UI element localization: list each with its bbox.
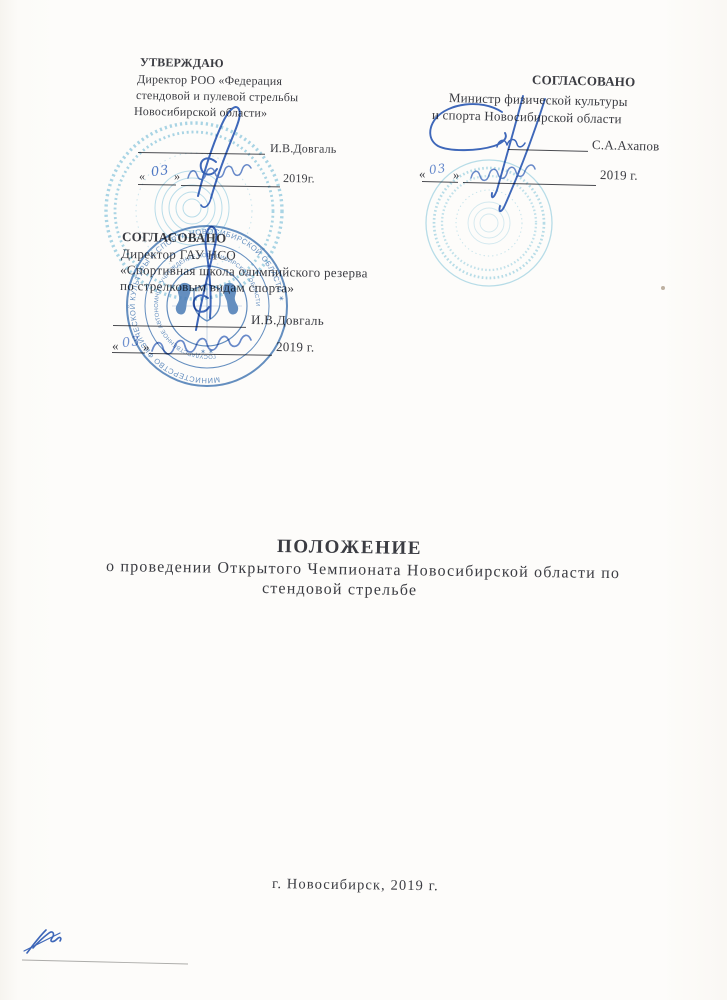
approve-signatory: И.В.Довгаль bbox=[270, 140, 337, 157]
date-line bbox=[138, 184, 176, 186]
signature-line bbox=[113, 325, 246, 328]
school-heading: СОГЛАСОВАНО bbox=[122, 229, 227, 246]
handwritten-day: 03 bbox=[150, 163, 170, 180]
handwritten-day: 03 bbox=[428, 161, 447, 177]
minister-signatory: С.А.Ахапов bbox=[592, 136, 660, 155]
school-year: 2019 г. bbox=[276, 339, 315, 356]
quote-close: » bbox=[453, 166, 460, 183]
signature-ink-approve bbox=[198, 107, 240, 207]
minister-year: 2019 г. bbox=[600, 166, 638, 184]
date-line bbox=[149, 353, 272, 356]
document-subtitle-line: о проведении Открытого Чемпионата Новоси… bbox=[106, 558, 620, 583]
minister-org-line: и спорта Новосибирской области bbox=[432, 106, 622, 127]
document-subtitle-line: стендовой стрельбе bbox=[262, 580, 417, 600]
ministry-stamp bbox=[426, 160, 552, 286]
quote-open: « bbox=[419, 165, 426, 182]
quote-open: « bbox=[139, 168, 145, 184]
approve-org-line: Новосибирской области» bbox=[134, 103, 268, 121]
scanned-document-page: УТВЕРЖДАЮ Директор РОО «Федерация стендо… bbox=[0, 0, 727, 1000]
handwritten-month-approve bbox=[188, 165, 251, 180]
handwritten-month-school bbox=[152, 335, 251, 354]
handwritten-month-minister bbox=[471, 165, 535, 180]
school-org-line: по стрелковым видам спорта» bbox=[120, 278, 295, 296]
date-line bbox=[422, 181, 458, 183]
document-title: ПОЛОЖЕНИЕ bbox=[277, 536, 422, 560]
school-signatory: И.В.Довгаль bbox=[251, 312, 324, 329]
date-line bbox=[463, 182, 596, 186]
quote-close: » bbox=[174, 168, 180, 184]
signature-line bbox=[138, 152, 265, 155]
footer-place-year: г. Новосибирск, 2019 г. bbox=[272, 876, 439, 895]
approve-org-line: Директор РОО «Федерация bbox=[137, 71, 282, 89]
approve-heading: УТВЕРЖДАЮ bbox=[140, 54, 224, 71]
signature-line bbox=[508, 149, 588, 152]
date-line bbox=[181, 185, 280, 187]
scan-artifact-line bbox=[22, 960, 188, 964]
minister-heading: СОГЛАСОВАНО bbox=[532, 71, 636, 90]
scan-speck bbox=[661, 286, 665, 290]
signature-ink-paraph bbox=[24, 930, 61, 953]
school-org-line: Директор ГАУ НСО bbox=[121, 246, 236, 264]
handwritten-day: 03 bbox=[121, 334, 141, 351]
approve-year: 2019г. bbox=[283, 170, 315, 186]
